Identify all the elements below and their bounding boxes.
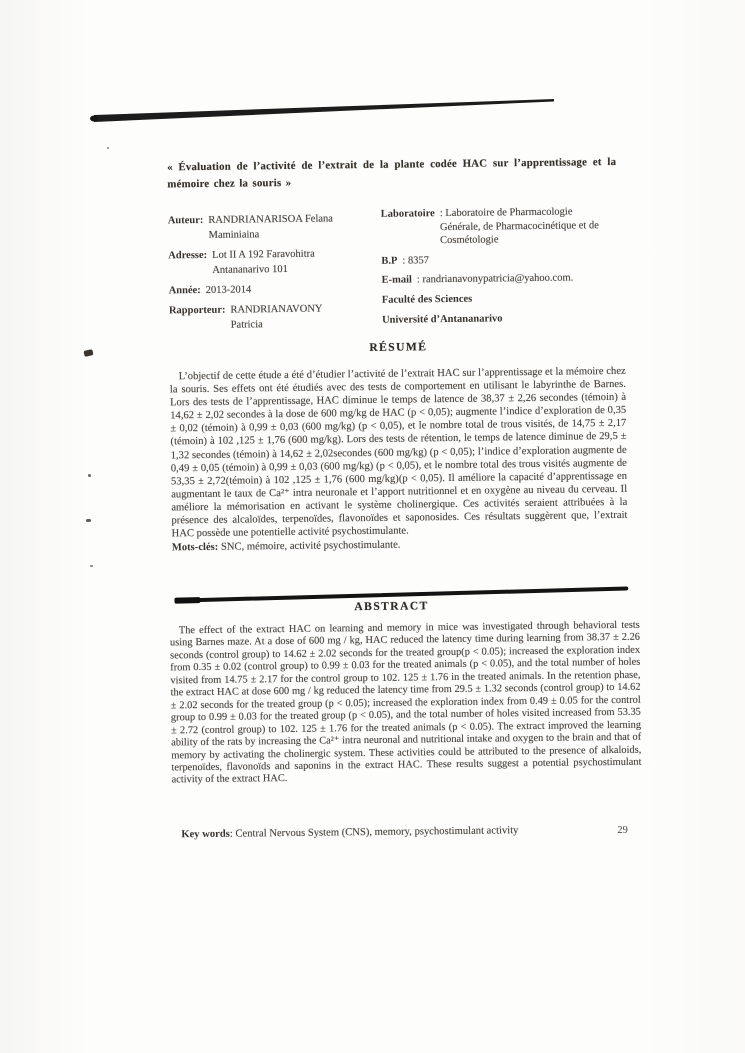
- auteur-label: Auteur:: [168, 213, 204, 228]
- email-value: : randrianavonypatricia@yahoo.com.: [417, 271, 642, 287]
- faculte-label: Faculté des Sciences: [382, 293, 473, 308]
- universite-value: [508, 319, 643, 321]
- universite-label: Université d’Antananarivo: [382, 312, 503, 327]
- faculte-value: [477, 300, 642, 302]
- scan-speck: [90, 565, 93, 567]
- email-label: E-mail: [381, 274, 412, 288]
- meta-row-annee: Année: 2013-2014: [169, 281, 383, 299]
- mots-cles-label: Mots-clés:: [172, 542, 219, 554]
- scan-edge-artifact: [88, 92, 570, 132]
- laboratoire-label: Laboratoire: [381, 207, 435, 221]
- author-info-block: Auteur: RANDRIANARISOA Felana Maminiaina…: [168, 211, 384, 339]
- rapporteur-label: Rapporteur:: [169, 303, 226, 319]
- document-title: « Évaluation de l’activité de l’extrait …: [167, 154, 616, 193]
- bp-value: : 8357: [402, 251, 641, 268]
- meta-row-auteur: Auteur: RANDRIANARISOA Felana Maminiaina: [168, 211, 382, 244]
- abstract-keywords-line: Key words: Central Nervous System (CNS),…: [181, 824, 651, 841]
- meta-row-adresse: Adresse: Lot II A 192 Faravohitra Antana…: [168, 246, 382, 279]
- annee-value: 2013-2014: [206, 281, 356, 298]
- laboratoire-value: : Laboratoire de Pharmacologie Générale,…: [440, 205, 604, 248]
- mots-cles-value: SNC, mémoire, activité psychostimulante.: [218, 540, 400, 553]
- meta-row-rapporteur: Rapporteur: RANDRIANAVONY Patricia: [169, 301, 383, 334]
- rapporteur-value: RANDRIANAVONY Patricia: [230, 301, 352, 332]
- resume-section: L’objectif de cette étude a été d’étudie…: [170, 365, 628, 555]
- scan-speck: [88, 474, 91, 477]
- key-words-label: Key words: [181, 829, 230, 841]
- annee-label: Année:: [169, 283, 201, 298]
- meta-row-email: E-mail : randrianavonypatricia@yahoo.com…: [381, 271, 641, 288]
- abstract-body: The effect of the extract HAC on learnin…: [170, 620, 642, 788]
- resume-heading: RÉSUMÉ: [169, 338, 627, 357]
- meta-row-bp: B.P : 8357: [381, 251, 641, 268]
- meta-row-faculte: Faculté des Sciences: [382, 291, 642, 308]
- meta-row-laboratoire: Laboratoire : Laboratoire de Pharmacolog…: [381, 205, 641, 249]
- key-words-value: : Central Nervous System (CNS), memory, …: [230, 825, 519, 840]
- adresse-value: Lot II A 192 Faravohitra Antananarivo 10…: [212, 246, 362, 278]
- scan-speck: [107, 147, 109, 149]
- scanned-page: « Évaluation de l’activité de l’extrait …: [0, 0, 745, 1053]
- page-number: 29: [617, 825, 628, 836]
- auteur-value: RANDRIANARISOA Felana Maminiaina: [208, 211, 358, 243]
- adresse-label: Adresse:: [168, 248, 207, 263]
- meta-row-universite: Université d’Antananarivo: [382, 310, 642, 327]
- abstract-section: The effect of the extract HAC on learnin…: [170, 620, 642, 788]
- laboratory-info-block: Laboratoire : Laboratoire de Pharmacolog…: [381, 205, 643, 333]
- scan-speck: [86, 519, 91, 522]
- resume-body: L’objectif de cette étude a été d’étudie…: [170, 365, 628, 541]
- bp-label: B.P: [381, 254, 397, 268]
